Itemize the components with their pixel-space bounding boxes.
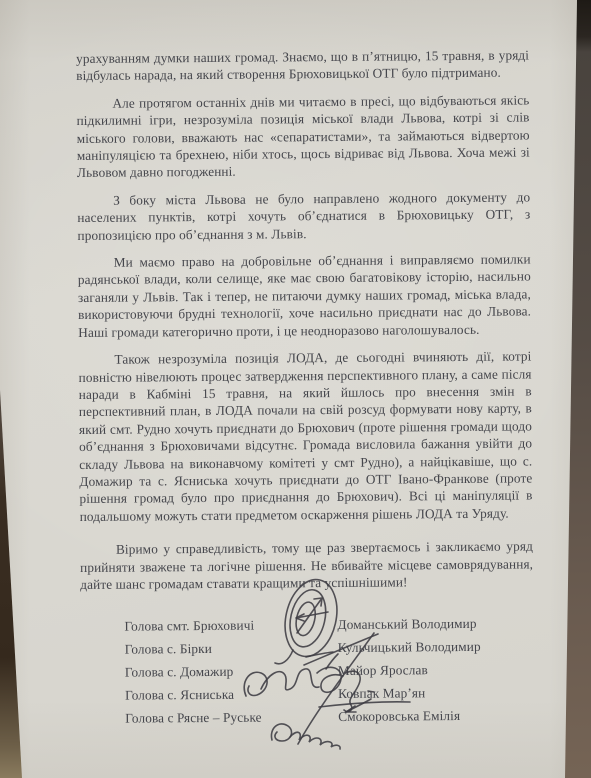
signatory-row: Голова с Рясне – Руське Смокоровська Емі… (125, 704, 534, 730)
signatory-row: Голова с. Ясниська Ковпак Мар’ян (125, 681, 534, 707)
desk-background-top-right (575, 0, 591, 52)
signatory-name: Доманський Володимир (337, 612, 533, 637)
signatory-row: Голова смт. Брюховичі Доманський Володим… (124, 612, 533, 638)
signatory-row: Голова с. Бірки Кульчицький Володимир (125, 635, 534, 661)
paragraph-3: З боку міста Львова не було направлено ж… (77, 188, 530, 244)
signatory-name: Майор Ярослав (338, 658, 534, 683)
signature-block: Голова смт. Брюховичі Доманський Володим… (80, 612, 534, 731)
paragraph-closing-appeal: Віримо у справедливість, тому ще раз зве… (80, 538, 533, 594)
signatory-name: Смокоровська Емілія (338, 704, 534, 729)
signatory-name: Кульчицький Володимир (338, 635, 534, 660)
signatory-title: Голова с Рясне – Руське (125, 705, 338, 730)
signatory-name: Ковпак Мар’ян (338, 681, 534, 706)
paragraph-4: Ми маємо право на добровільне об’єднання… (78, 250, 532, 341)
paragraph-5: Також незрозуміла позиція ЛОДА, де сього… (78, 348, 532, 526)
letter-body: урахуванням думки наших громад. Знаємо, … (76, 46, 534, 730)
signatory-title: Голова с. Ясниська (125, 682, 338, 707)
signatory-title: Голова с. Бірки (125, 636, 338, 661)
signatory-row: Голова с. Домажир Майор Ярослав (125, 658, 534, 684)
photo-scene: урахуванням думки наших громад. Знаємо, … (0, 0, 591, 778)
paragraph-1: урахуванням думки наших громад. Знаємо, … (76, 46, 529, 84)
paragraph-2: Але протягом останніх днів ми читаємо в … (76, 91, 530, 182)
signatory-title: Голова с. Домажир (125, 659, 338, 684)
signatory-title: Голова смт. Брюховичі (124, 613, 337, 638)
